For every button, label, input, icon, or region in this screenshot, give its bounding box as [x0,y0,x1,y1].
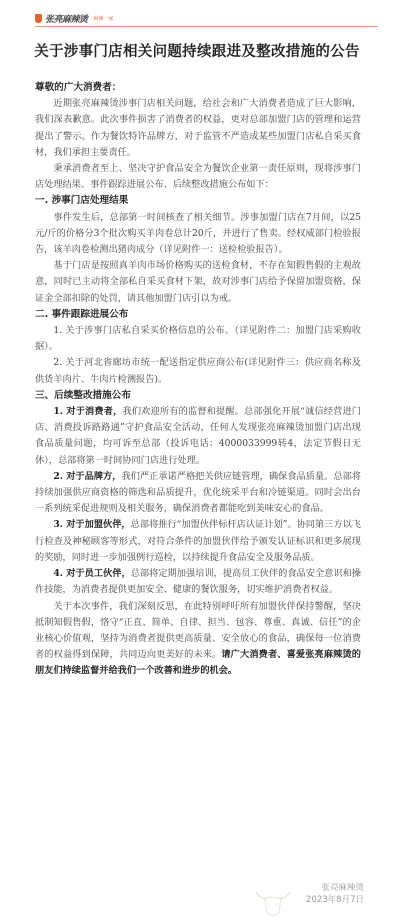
intro-paragraph: 秉承消费者至上、坚决守护食品安全为餐饮企业第一责任原则，现将涉事门店处理结果、事… [35,161,361,193]
measure-lead: 3. 对于加盟伙伴， [53,519,130,530]
section-heading: 一. 涉事门店处理结果 [35,193,361,209]
document-header: 张亮麻辣烫 麻辣一家 [35,10,378,28]
signature-date: 2023年8月7日 [306,894,364,906]
measure-item: 3. 对于加盟伙伴，总部将推行“加盟伙伴标杆店认证计划”。协同第三方以飞行检查及… [35,517,361,566]
intro-paragraph: 近期张亮麻辣烫涉事门店相关问题，给社会和广大消费者造成了巨大影响，我们深表歉意。… [35,96,361,161]
document-body: 尊敬的广大消费者： 近期张亮麻辣烫涉事门店相关问题，给社会和广大消费者造成了巨大… [35,80,361,680]
section-heading: 二. 事件跟踪进展公布 [35,307,361,323]
signature-company: 张亮麻辣烫 [306,882,364,894]
brand-name: 张亮麻辣烫 [45,12,88,25]
brand-tagline: 麻辣一家 [94,15,114,22]
closing-paragraph: 关于本次事件，我们深刻反思，在此特别呼吁所有加盟伙伴保持警醒，坚决抵制知假售假，… [35,599,361,680]
measure-item: 2. 对于品牌方，我们严正承诺严格把关供应链管理，确保食品质量。总部将持续加强供… [35,469,361,518]
measure-item: 4. 对于员工伙伴，总部将定期加强培训，提高员工伙伴的食品安全意识和操作技能，为… [35,566,361,598]
signature-block: 张亮麻辣烫 2023年8月7日 [306,882,364,906]
measure-lead: 2. 对于品牌方， [53,471,121,482]
brand-logo: 张亮麻辣烫 麻辣一家 [35,12,114,25]
measure-lead: 1. 对于消费者， [53,406,122,417]
brand-logo-icon [35,14,42,23]
header-divider [35,26,378,27]
section-paragraph: 事件发生后，总部第一时间核查了相关细节。涉事加盟门店在7月间，以25元/斤的价格… [35,210,361,259]
section-paragraph: 1. 关于涉事门店私自采买价格信息的公布。（详见附件二：加盟门店采购收据）。 [35,323,361,355]
salutation: 尊敬的广大消费者： [35,80,361,96]
section-heading: 三、后续整改措施公布 [35,388,361,404]
measure-lead: 4. 对于员工伙伴， [53,568,130,579]
section-paragraph: 2. 关于河北省廊坊市统一配送指定供应商公布(详见附件三：供应商名称及供货羊肉片… [35,355,361,387]
measure-item: 1. 对于消费者，我们欢迎所有的监督和提醒。总部强化开展“诚信经营进门店、消费投… [35,404,361,469]
bull-watermark-icon [253,886,293,920]
document-title: 关于涉事门店相关问题持续跟进及整改措施的公告 [0,40,394,61]
section-paragraph: 基于门店是按照真羊肉市场价格购买的送检食材，不存在知假售假的主观故意，同时已主动… [35,258,361,307]
